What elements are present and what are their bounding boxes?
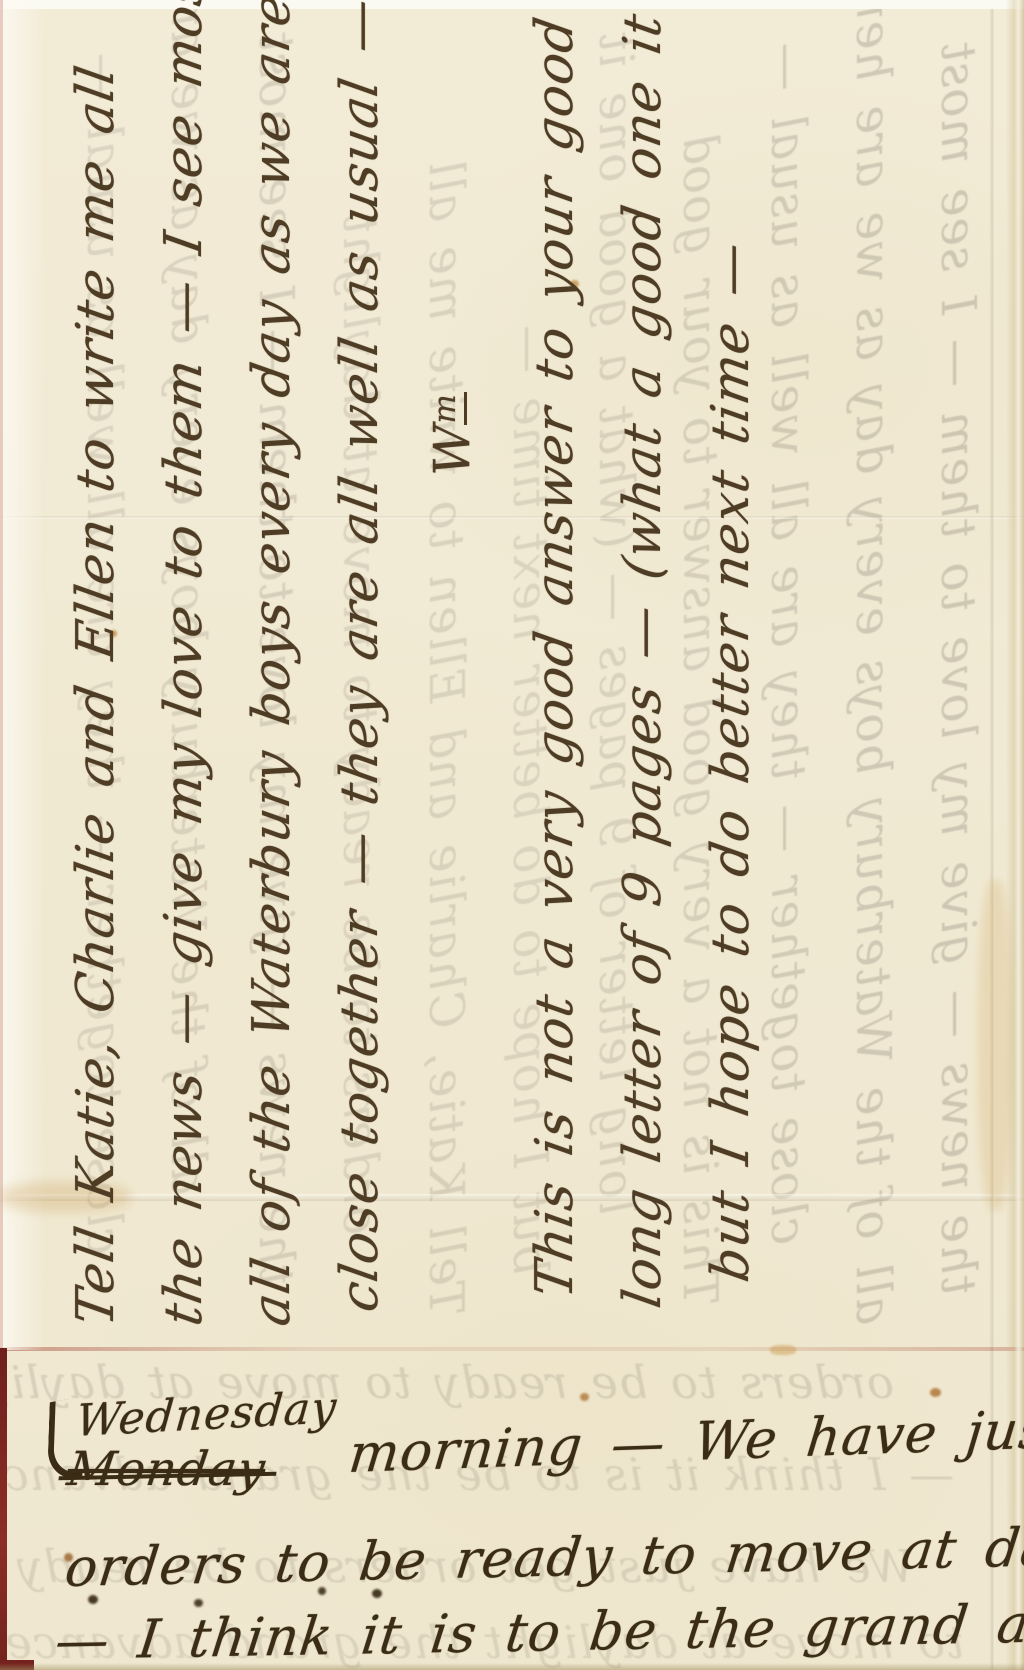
letter-line: long letter of 9 pages — (what a good on… xyxy=(599,40,687,1332)
postscript: Wednesday Monday morning — We have just … xyxy=(50,1396,1010,1670)
signature: Wm xyxy=(423,392,481,476)
letter-line: but I hope to do better next time — xyxy=(687,40,775,1332)
postscript-line-2: orders to be ready to move at daylight xyxy=(62,1518,1017,1599)
letter-line: all of the Waterbury boys every day as w… xyxy=(228,40,316,1332)
scan-edge xyxy=(0,0,3,1352)
bleedthrough-column: all of the Waterbury boys every day as w… xyxy=(837,50,909,1335)
letter-line: close together — they are all well as us… xyxy=(316,40,404,1332)
letter-scan-page: the news — give my love to them — I see … xyxy=(0,0,1024,1670)
foxing-stain xyxy=(770,1345,796,1355)
yellow-stain xyxy=(978,880,1012,1210)
letter-line: the news — give my love to them — I see … xyxy=(140,40,228,1332)
letter-line: This is not a very good answer to your g… xyxy=(511,40,599,1332)
postscript-text: morning — We have just got xyxy=(346,1394,1024,1485)
letter-body-rotated: Tell Katie, Charlie and Ellen to write m… xyxy=(52,54,754,1332)
scan-edge xyxy=(0,0,46,1350)
struck-day-word: Monday xyxy=(64,1442,269,1497)
inserted-day-word: Wednesday xyxy=(74,1382,339,1447)
letter-line: Tell Katie, Charlie and Ellen to write m… xyxy=(52,40,140,1332)
postscript-line-1: Wednesday Monday morning — We have just … xyxy=(50,1396,1010,1524)
signature-row: Wm xyxy=(410,54,487,476)
scan-background-edge xyxy=(0,1348,7,1670)
fold-crease-shadow xyxy=(0,1347,1024,1351)
postscript-line-3: — I think it is to be the grand advance … xyxy=(52,1594,1017,1670)
